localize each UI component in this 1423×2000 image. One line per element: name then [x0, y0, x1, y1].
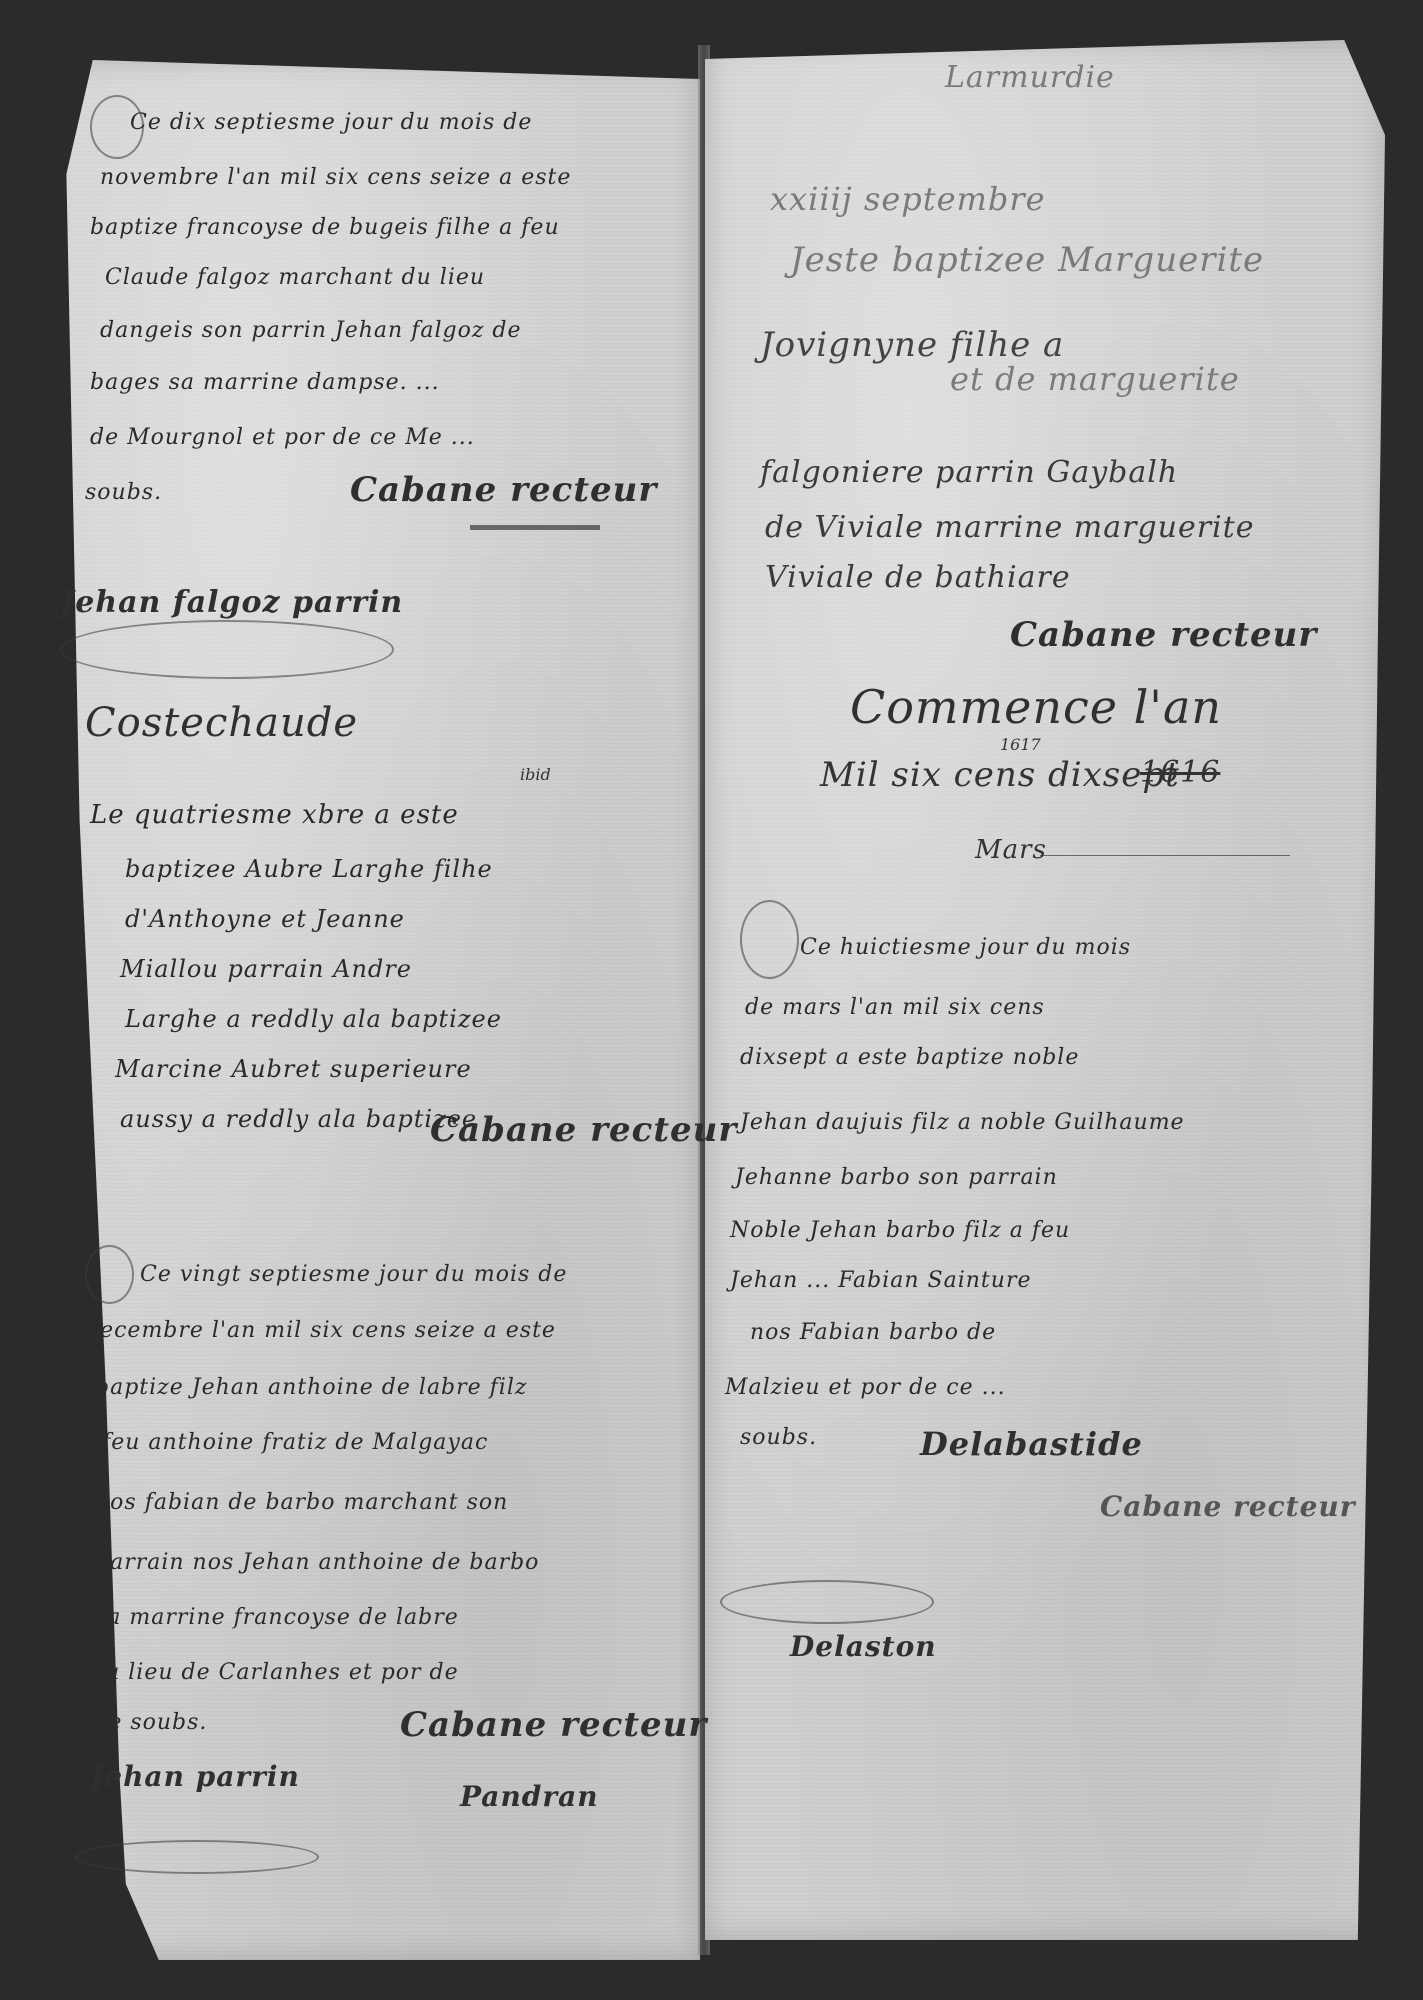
entry-line: dangeis son parrin Jehan falgoz de	[100, 318, 522, 343]
entry-line: novembre l'an mil six cens seize a este	[100, 165, 571, 190]
entry-line: Claude falgoz marchant du lieu	[105, 265, 485, 290]
entry-line: baptize francoyse de bugeis filhe a feu	[90, 215, 560, 240]
entry-line: aussy a reddly ala baptizee	[120, 1105, 477, 1133]
entry-line: Jehan ... Fabian Sainture	[730, 1268, 1031, 1293]
signature-delabastide: Delabastide	[920, 1425, 1143, 1463]
entry-line: decembre l'an mil six cens seize a este	[85, 1318, 556, 1343]
entry-line: soubs.	[740, 1425, 817, 1450]
entry-line: Miallou parrain Andre	[120, 955, 412, 983]
entry-line: sa marrine francoyse de labre	[95, 1605, 459, 1630]
commence-lan-title: Commence l'an	[850, 680, 1222, 734]
signature-recteur: Cabane recteur	[350, 470, 657, 510]
month-underline	[1040, 855, 1290, 856]
initial-c-flourish	[85, 1245, 134, 1304]
signature-flourish	[75, 1840, 319, 1874]
faint-line: Jovignyne filhe a	[760, 325, 1064, 365]
entry-line: Ce huictiesme jour du mois	[800, 935, 1131, 960]
signature-flourish	[720, 1580, 934, 1624]
signature-pandran: Pandran	[460, 1780, 599, 1813]
signature-delaston: Delaston	[790, 1630, 937, 1663]
entry-line: baptizee Aubre Larghe filhe	[125, 855, 493, 883]
entry-line: Ce vingt septiesme jour du mois de	[140, 1262, 567, 1287]
entry-line: de mars l'an mil six cens	[745, 995, 1045, 1020]
signature-recteur: Cabane recteur	[1100, 1490, 1356, 1523]
faint-line: xxiiij septembre	[770, 180, 1046, 218]
entry-line: du lieu de Carlanhes et por de	[90, 1660, 459, 1685]
year-superscript: 1617	[1000, 735, 1041, 754]
entry-line: de Viviale marrine marguerite	[765, 510, 1254, 545]
superscript-ibid: ibid	[520, 765, 551, 784]
entry-line: Jehanne barbo son parrain	[735, 1165, 1058, 1190]
signature-parrin: Jehan falgoz parrin	[60, 585, 403, 620]
entry-line: baptize Jehan anthoine de labre filz	[95, 1375, 527, 1400]
signature-recteur: Cabane recteur	[400, 1705, 707, 1745]
entry-line: Noble Jehan barbo filz a feu	[730, 1218, 1070, 1243]
initial-c-flourish	[740, 900, 799, 979]
signature-recteur: Cabane recteur	[1010, 615, 1317, 655]
entry-line: Marcine Aubret superieure	[115, 1055, 472, 1083]
entry-line: Malzieu et por de ce ...	[725, 1375, 1006, 1400]
faint-line: Jeste baptizee Marguerite	[790, 240, 1264, 280]
entry-line: a feu anthoine fratiz de Malgayac	[80, 1430, 488, 1455]
faint-line: et de marguerite	[950, 360, 1240, 398]
entry-line: falgoniere parrin Gaybalh	[760, 455, 1178, 490]
entry-line: parrain nos Jehan anthoine de barbo	[95, 1550, 539, 1575]
entry-line: Jehan daujuis filz a noble Guilhaume	[740, 1110, 1185, 1135]
entry-line: soubs.	[85, 480, 162, 505]
entry-line: d'Anthoyne et Jeanne	[125, 905, 405, 933]
signature-underline	[470, 525, 600, 530]
signature-flourish	[60, 620, 394, 679]
month-mars: Mars	[975, 835, 1047, 865]
entry-line: Larghe a reddly ala baptizee	[125, 1005, 502, 1033]
entry-line: bages sa marrine dampse. ...	[90, 370, 440, 395]
year-line: Mil six cens dixsept	[820, 755, 1180, 795]
entry-line: dixsept a este baptize noble	[740, 1045, 1079, 1070]
entry-line: nos fabian de barbo marchant son	[95, 1490, 508, 1515]
entry-line: nos Fabian barbo de	[750, 1320, 996, 1345]
entry-line: de Mourgnol et por de ce Me ...	[90, 425, 475, 450]
signature-parrin: Jehan parrin	[90, 1760, 300, 1793]
faint-heading: Larmurdie	[945, 60, 1115, 95]
entry-line: Ce dix septiesme jour du mois de	[130, 110, 532, 135]
entry-line: ce soubs.	[95, 1710, 207, 1735]
struck-year: 1616	[1140, 755, 1220, 790]
entry-line: Viviale de bathiare	[765, 560, 1071, 595]
signature-recteur: Cabane recteur	[430, 1110, 737, 1150]
section-title-costechaude: Costechaude	[85, 700, 358, 746]
entry-line: Le quatriesme xbre a este	[90, 800, 459, 830]
